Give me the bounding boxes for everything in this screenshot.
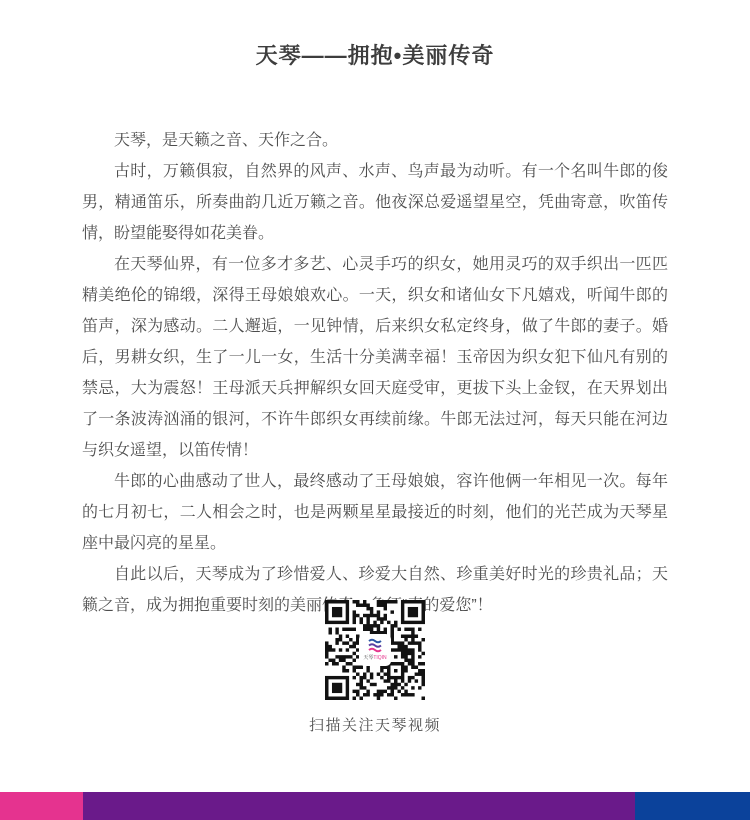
qr-code: 天琴TIQIN <box>325 600 425 700</box>
article-body: 天琴，是天籁之音、天作之合。 古时，万籁俱寂，自然界的风声、水声、鸟声最为动听。… <box>82 125 668 621</box>
footer-bar-pink <box>0 792 83 820</box>
tianqin-logo: 天琴TIQIN <box>359 634 391 666</box>
paragraph-4: 牛郎的心曲感动了世人，最终感动了王母娘娘，容许他俩一年相见一次。每年的七月初七，… <box>82 466 668 559</box>
footer-bar-purple <box>83 792 635 820</box>
paragraph-2: 古时，万籁俱寂，自然界的风声、水声、鸟声最为动听。有一个名叫牛郎的俊男，精通笛乐… <box>82 156 668 249</box>
footer-bar-blue <box>635 792 750 820</box>
footer-color-bar <box>0 792 750 820</box>
page-title: 天琴——拥抱•美丽传奇 <box>0 0 750 69</box>
qr-caption: 扫描关注天琴视频 <box>0 714 750 735</box>
tianqin-logo-icon: 天琴TIQIN <box>361 636 389 664</box>
qr-section: 天琴TIQIN 扫描关注天琴视频 <box>0 600 750 735</box>
tianqin-logo-text: 天琴TIQIN <box>363 654 387 661</box>
paragraph-3: 在天琴仙界，有一位多才多艺、心灵手巧的织女，她用灵巧的双手织出一匹匹精美绝伦的锦… <box>82 249 668 466</box>
paragraph-1: 天琴，是天籁之音、天作之合。 <box>82 125 668 156</box>
